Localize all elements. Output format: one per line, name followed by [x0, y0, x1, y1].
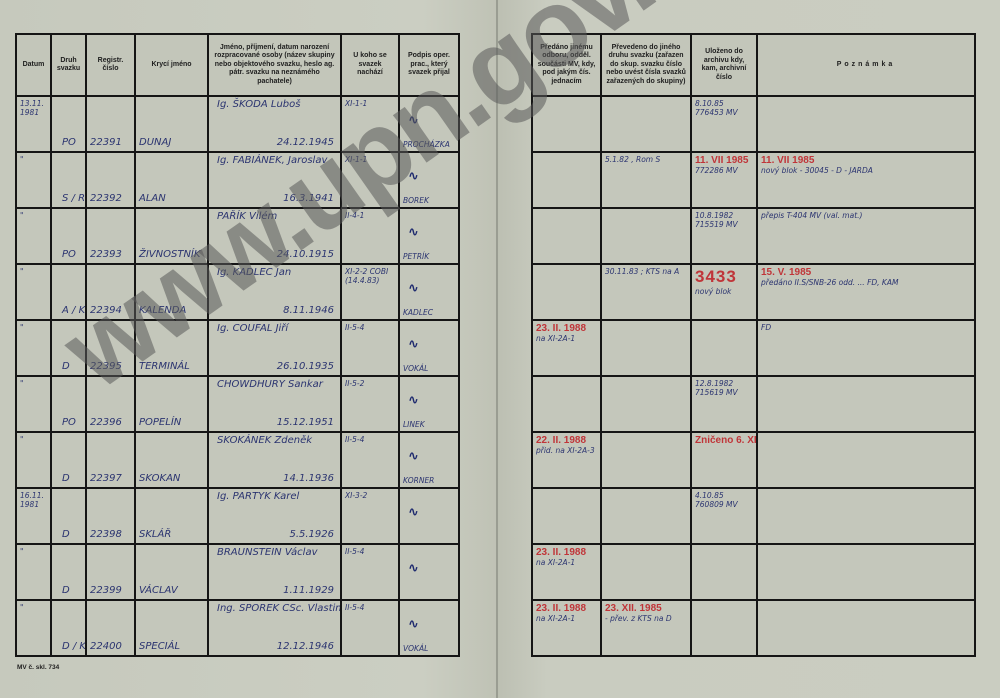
- narozeni-value: 14.1.1936: [283, 473, 334, 485]
- cell-podpis: ∿KADLEC: [399, 264, 459, 320]
- datum-value: ": [20, 211, 48, 220]
- table-row: "PO22396POPELÍNCHOWDHURY Sankar15.12.195…: [16, 376, 459, 432]
- signature-icon: ∿: [408, 395, 418, 407]
- cell-podpis: ∿BOREK: [399, 152, 459, 208]
- table-row: 16.11. 1981D22398SKLÁŘIg. PARTYK Karel5.…: [16, 488, 459, 544]
- narozeni-value: 5.5.1926: [289, 529, 334, 541]
- cell-poznamka: [757, 96, 975, 152]
- druh-value: A / KTS: [62, 305, 86, 317]
- signature-icon: ∿: [408, 507, 418, 519]
- cell-podpis: ∿PETRÍK: [399, 208, 459, 264]
- u-koho-value: II-5-4: [345, 603, 399, 612]
- cell-u-koho: II-5-4: [341, 320, 399, 376]
- cell-ulozeno: 10.8.1982 715519 MV: [691, 208, 757, 264]
- cell-poznamka: [757, 432, 975, 488]
- cell-druh: D: [51, 488, 86, 544]
- predano-text: na XI-2A-1: [536, 334, 597, 343]
- cell-druh: D / KTS: [51, 600, 86, 656]
- cell-u-koho: XI-2-2 COBI (14.4.83): [341, 264, 399, 320]
- reg-value: 22398: [90, 529, 122, 541]
- cell-predano: [532, 488, 601, 544]
- cell-predano: [532, 152, 601, 208]
- druh-value: PO: [62, 137, 76, 149]
- table-row: 23. II. 1988na XI-2A-1FD: [532, 320, 975, 376]
- kryci-value: TERMINÁL: [139, 361, 190, 373]
- narozeni-value: 1.11.1929: [283, 585, 334, 597]
- jmeno-value: CHOWDHURY Sankar: [217, 379, 323, 391]
- cell-druh: D: [51, 320, 86, 376]
- podpis-value: KORNER: [403, 476, 434, 485]
- druh-value: D: [62, 585, 70, 597]
- cell-reg: 22393: [86, 208, 135, 264]
- jmeno-value: Ig. ŠKODA Luboš: [217, 99, 300, 111]
- cell-jmeno: CHOWDHURY Sankar15.12.1951: [208, 376, 341, 432]
- cell-podpis: ∿PROCHÁZKA: [399, 96, 459, 152]
- cell-datum: ": [16, 544, 51, 600]
- cell-druh: PO: [51, 208, 86, 264]
- narozeni-value: 24.12.1945: [277, 137, 334, 149]
- jmeno-value: Ing. SPOREK CSc. Vlastimil: [217, 603, 341, 615]
- cell-reg: 22396: [86, 376, 135, 432]
- cell-ulozeno: [691, 600, 757, 656]
- kryci-value: ŽIVNOSTNÍK: [139, 249, 200, 261]
- cell-reg: 22392: [86, 152, 135, 208]
- cell-poznamka: 15. V. 1985předáno II.S/SNB-26 odd. ... …: [757, 264, 975, 320]
- jmeno-value: Ig. PARTYK Karel: [217, 491, 299, 503]
- cell-kryci: KALENDA: [135, 264, 208, 320]
- poznamka-stamp: 11. VII 1985: [761, 155, 971, 166]
- cell-jmeno: PAŘÍK Vilém24.10.1915: [208, 208, 341, 264]
- table-row: "S / Ro22392ALANIg. FABIÁNEK, Jaroslav16…: [16, 152, 459, 208]
- prevedeno-text: 5.1.82 , Rom S: [605, 155, 687, 164]
- ulozeno-text: 4.10.85 760809 MV: [695, 491, 753, 509]
- ulozeno-stamp: Zničeno 6. XII. 1989: [695, 435, 753, 446]
- u-koho-value: XI-3-2: [345, 491, 399, 500]
- right-ledger-table: Předáno jinému odboru, odděl. součásti M…: [531, 33, 976, 657]
- predano-text: na XI-2A-1: [536, 614, 597, 623]
- cell-poznamka: [757, 600, 975, 656]
- cell-datum: ": [16, 600, 51, 656]
- predano-stamp: 23. II. 1988: [536, 603, 597, 614]
- kryci-value: VÁCLAV: [139, 585, 178, 597]
- header-podpis: Podpis oper. prac., který svazek přijal: [399, 34, 459, 96]
- reg-value: 22391: [90, 137, 122, 149]
- cell-podpis: ∿LINEK: [399, 376, 459, 432]
- jmeno-value: Ig. COUFAL Jiří: [217, 323, 288, 335]
- reg-value: 22392: [90, 193, 122, 205]
- table-row: 22. II. 1988přid. na XI-2A-3Zničeno 6. X…: [532, 432, 975, 488]
- cell-druh: D: [51, 544, 86, 600]
- narozeni-value: 26.10.1935: [277, 361, 334, 373]
- table-row: "D22395TERMINÁLIg. COUFAL Jiří26.10.1935…: [16, 320, 459, 376]
- table-row: 5.1.82 , Rom S11. VII 1985772286 MV11. V…: [532, 152, 975, 208]
- cell-reg: 22400: [86, 600, 135, 656]
- cell-jmeno: Ing. SPOREK CSc. Vlastimil12.12.1946: [208, 600, 341, 656]
- predano-stamp: 23. II. 1988: [536, 547, 597, 558]
- cell-datum: ": [16, 320, 51, 376]
- cell-poznamka: FD: [757, 320, 975, 376]
- cell-ulozeno: Zničeno 6. XII. 1989: [691, 432, 757, 488]
- podpis-value: LINEK: [403, 420, 425, 429]
- cell-predano: [532, 264, 601, 320]
- poznamka-text: FD: [761, 323, 971, 332]
- signature-icon: ∿: [408, 115, 418, 127]
- druh-value: PO: [62, 249, 76, 261]
- cell-jmeno: BRAUNSTEIN Václav1.11.1929: [208, 544, 341, 600]
- header-kryci-jmeno: Krycí jméno: [135, 34, 208, 96]
- jmeno-value: PAŘÍK Vilém: [217, 211, 277, 223]
- narozeni-value: 24.10.1915: [277, 249, 334, 261]
- header-druh-svazku: Druh svazku: [51, 34, 86, 96]
- prevedeno-text: 30.11.83 ; KTS na A: [605, 267, 687, 276]
- cell-podpis: ∿KORNER: [399, 432, 459, 488]
- druh-value: S / Ro: [62, 193, 86, 205]
- narozeni-value: 8.11.1946: [283, 305, 334, 317]
- cell-datum: 13.11. 1981: [16, 96, 51, 152]
- cell-kryci: ALAN: [135, 152, 208, 208]
- cell-kryci: SKLÁŘ: [135, 488, 208, 544]
- cell-poznamka: [757, 376, 975, 432]
- jmeno-value: SKOKÁNEK Zdeněk: [217, 435, 312, 447]
- kryci-value: SKLÁŘ: [139, 529, 171, 541]
- predano-stamp: 22. II. 1988: [536, 435, 597, 446]
- cell-reg: 22391: [86, 96, 135, 152]
- cell-prevedeno: [601, 320, 691, 376]
- cell-ulozeno: 12.8.1982 715619 MV: [691, 376, 757, 432]
- cell-prevedeno: 30.11.83 ; KTS na A: [601, 264, 691, 320]
- datum-value: ": [20, 323, 48, 332]
- cell-kryci: DUNAJ: [135, 96, 208, 152]
- podpis-value: VOKÁL: [403, 364, 428, 373]
- cell-reg: 22398: [86, 488, 135, 544]
- predano-text: přid. na XI-2A-3: [536, 446, 597, 455]
- signature-icon: ∿: [408, 451, 418, 463]
- table-row: 23. II. 1988na XI-2A-1: [532, 544, 975, 600]
- datum-value: 16.11. 1981: [20, 491, 48, 509]
- reg-value: 22396: [90, 417, 122, 429]
- header-predano: Předáno jinému odboru, odděl. součásti M…: [532, 34, 601, 96]
- cell-ulozeno: [691, 320, 757, 376]
- signature-icon: ∿: [408, 563, 418, 575]
- ulozeno-text: 12.8.1982 715619 MV: [695, 379, 753, 397]
- signature-icon: ∿: [408, 283, 418, 295]
- table-row: 10.8.1982 715519 MVpřepis T-404 MV (val.…: [532, 208, 975, 264]
- predano-stamp: 23. II. 1988: [536, 323, 597, 334]
- u-koho-value: II-5-4: [345, 323, 399, 332]
- kryci-value: SPECIÁL: [139, 641, 180, 653]
- cell-ulozeno: [691, 544, 757, 600]
- druh-value: D: [62, 473, 70, 485]
- cell-poznamka: [757, 488, 975, 544]
- header-u-koho: U koho se svazek nachází: [341, 34, 399, 96]
- header-jmeno-prijmeni: Jméno, příjmení, datum narození rozpraco…: [208, 34, 341, 96]
- table-row: 4.10.85 760809 MV: [532, 488, 975, 544]
- cell-druh: D: [51, 432, 86, 488]
- cell-podpis: ∿: [399, 488, 459, 544]
- cell-reg: 22394: [86, 264, 135, 320]
- cell-prevedeno: [601, 376, 691, 432]
- table-row: "D22397SKOKANSKOKÁNEK Zdeněk14.1.1936II-…: [16, 432, 459, 488]
- jmeno-value: Ig. FABIÁNEK, Jaroslav: [217, 155, 327, 167]
- prevedeno-stamp: 23. XII. 1985: [605, 603, 687, 614]
- table-row: 23. II. 1988na XI-2A-123. XII. 1985- pře…: [532, 600, 975, 656]
- poznamka-text: přepis T-404 MV (val. mat.): [761, 211, 971, 220]
- table-row: "D / KTS22400SPECIÁLIng. SPOREK CSc. Vla…: [16, 600, 459, 656]
- druh-value: PO: [62, 417, 76, 429]
- right-header-row: Předáno jinému odboru, odděl. součásti M…: [532, 34, 975, 96]
- cell-reg: 22395: [86, 320, 135, 376]
- cell-prevedeno: [601, 432, 691, 488]
- u-koho-value: II-4-1: [345, 211, 399, 220]
- predano-text: na XI-2A-1: [536, 558, 597, 567]
- cell-datum: ": [16, 152, 51, 208]
- cell-druh: PO: [51, 96, 86, 152]
- prevedeno-text: - přev. z KTS na D: [605, 614, 687, 623]
- table-row: 30.11.83 ; KTS na A3433nový blok15. V. 1…: [532, 264, 975, 320]
- table-row: 8.10.85 776453 MV: [532, 96, 975, 152]
- cell-ulozeno: 8.10.85 776453 MV: [691, 96, 757, 152]
- cell-ulozeno: 11. VII 1985772286 MV: [691, 152, 757, 208]
- cell-u-koho: II-5-4: [341, 432, 399, 488]
- u-koho-value: XI-1-1: [345, 99, 399, 108]
- reg-value: 22400: [90, 641, 122, 653]
- header-registr-cislo: Registr. číslo: [86, 34, 135, 96]
- ulozeno-text: 772286 MV: [695, 166, 753, 175]
- ulozeno-stamp: 11. VII 1985: [695, 155, 753, 166]
- poznamka-text: předáno II.S/SNB-26 odd. ... FD, KAM: [761, 278, 971, 287]
- cell-kryci: VÁCLAV: [135, 544, 208, 600]
- poznamka-stamp: 15. V. 1985: [761, 267, 971, 278]
- cell-jmeno: Ig. PARTYK Karel5.5.1926: [208, 488, 341, 544]
- cell-reg: 22399: [86, 544, 135, 600]
- u-koho-value: XI-2-2 COBI (14.4.83): [345, 267, 399, 285]
- reg-value: 22393: [90, 249, 122, 261]
- cell-u-koho: II-5-2: [341, 376, 399, 432]
- reg-value: 22399: [90, 585, 122, 597]
- reg-value: 22394: [90, 305, 122, 317]
- cell-predano: [532, 96, 601, 152]
- cell-prevedeno: [601, 544, 691, 600]
- datum-value: ": [20, 267, 48, 276]
- narozeni-value: 16.3.1941: [283, 193, 334, 205]
- ulozeno-text: nový blok: [695, 287, 753, 296]
- podpis-value: BOREK: [403, 196, 429, 205]
- reg-value: 22397: [90, 473, 122, 485]
- header-datum: Datum: [16, 34, 51, 96]
- u-koho-value: II-5-4: [345, 547, 399, 556]
- narozeni-value: 12.12.1946: [277, 641, 334, 653]
- datum-value: ": [20, 379, 48, 388]
- ulozeno-text: 8.10.85 776453 MV: [695, 99, 753, 117]
- cell-prevedeno: [601, 488, 691, 544]
- cell-kryci: SPECIÁL: [135, 600, 208, 656]
- header-prevedeno: Převedeno do jiného druhu svazku (zařaze…: [601, 34, 691, 96]
- cell-u-koho: XI-1-1: [341, 152, 399, 208]
- podpis-value: PROCHÁZKA: [403, 140, 450, 149]
- cell-predano: 23. II. 1988na XI-2A-1: [532, 544, 601, 600]
- datum-value: ": [20, 155, 48, 164]
- podpis-value: PETRÍK: [403, 252, 429, 261]
- podpis-value: VOKÁL: [403, 644, 428, 653]
- cell-u-koho: XI-3-2: [341, 488, 399, 544]
- u-koho-value: II-5-4: [345, 435, 399, 444]
- cell-predano: 22. II. 1988přid. na XI-2A-3: [532, 432, 601, 488]
- datum-value: ": [20, 603, 48, 612]
- cell-predano: 23. II. 1988na XI-2A-1: [532, 320, 601, 376]
- cell-druh: A / KTS: [51, 264, 86, 320]
- cell-druh: PO: [51, 376, 86, 432]
- cell-kryci: ŽIVNOSTNÍK: [135, 208, 208, 264]
- kryci-value: KALENDA: [139, 305, 186, 317]
- druh-value: D: [62, 529, 70, 541]
- u-koho-value: II-5-2: [345, 379, 399, 388]
- kryci-value: ALAN: [139, 193, 166, 205]
- cell-datum: ": [16, 264, 51, 320]
- cell-poznamka: [757, 544, 975, 600]
- table-row: "D22399VÁCLAVBRAUNSTEIN Václav1.11.1929I…: [16, 544, 459, 600]
- ulozeno-text: 10.8.1982 715519 MV: [695, 211, 753, 229]
- reg-value: 22395: [90, 361, 122, 373]
- cell-podpis: ∿VOKÁL: [399, 600, 459, 656]
- cell-u-koho: II-5-4: [341, 544, 399, 600]
- kryci-value: POPELÍN: [139, 417, 181, 429]
- table-row: "PO22393ŽIVNOSTNÍKPAŘÍK Vilém24.10.1915I…: [16, 208, 459, 264]
- cell-prevedeno: [601, 208, 691, 264]
- signature-icon: ∿: [408, 171, 418, 183]
- cell-datum: 16.11. 1981: [16, 488, 51, 544]
- cell-kryci: POPELÍN: [135, 376, 208, 432]
- form-code: MV č. skl. 734: [17, 664, 59, 671]
- cell-predano: 23. II. 1988na XI-2A-1: [532, 600, 601, 656]
- ulozeno-stamp: 3433: [695, 267, 753, 287]
- cell-kryci: TERMINÁL: [135, 320, 208, 376]
- cell-jmeno: SKOKÁNEK Zdeněk14.1.1936: [208, 432, 341, 488]
- signature-icon: ∿: [408, 339, 418, 351]
- left-header-row: Datum Druh svazku Registr. číslo Krycí j…: [16, 34, 459, 96]
- signature-icon: ∿: [408, 227, 418, 239]
- datum-value: ": [20, 435, 48, 444]
- cell-poznamka: přepis T-404 MV (val. mat.): [757, 208, 975, 264]
- cell-jmeno: Ig. COUFAL Jiří26.10.1935: [208, 320, 341, 376]
- druh-value: D: [62, 361, 70, 373]
- cell-ulozeno: 4.10.85 760809 MV: [691, 488, 757, 544]
- kryci-value: DUNAJ: [139, 137, 171, 149]
- cell-kryci: SKOKAN: [135, 432, 208, 488]
- podpis-value: KADLEC: [403, 308, 433, 317]
- signature-icon: ∿: [408, 619, 418, 631]
- table-row: 13.11. 1981PO22391DUNAJIg. ŠKODA Luboš24…: [16, 96, 459, 152]
- left-ledger-table: Datum Druh svazku Registr. číslo Krycí j…: [15, 33, 460, 657]
- cell-u-koho: XI-1-1: [341, 96, 399, 152]
- cell-u-koho: II-4-1: [341, 208, 399, 264]
- kryci-value: SKOKAN: [139, 473, 180, 485]
- cell-reg: 22397: [86, 432, 135, 488]
- cell-datum: ": [16, 208, 51, 264]
- datum-value: ": [20, 547, 48, 556]
- book-gutter: [496, 0, 498, 698]
- datum-value: 13.11. 1981: [20, 99, 48, 117]
- cell-jmeno: Ig. ŠKODA Luboš24.12.1945: [208, 96, 341, 152]
- cell-prevedeno: 23. XII. 1985- přev. z KTS na D: [601, 600, 691, 656]
- cell-podpis: ∿: [399, 544, 459, 600]
- cell-ulozeno: 3433nový blok: [691, 264, 757, 320]
- cell-datum: ": [16, 376, 51, 432]
- cell-poznamka: 11. VII 1985nový blok - 30045 - D - JARD…: [757, 152, 975, 208]
- narozeni-value: 15.12.1951: [277, 417, 334, 429]
- header-poznamka: Poznámka: [757, 34, 975, 96]
- cell-prevedeno: [601, 96, 691, 152]
- cell-predano: [532, 376, 601, 432]
- cell-prevedeno: 5.1.82 , Rom S: [601, 152, 691, 208]
- header-ulozeno: Uloženo do archivu kdy, kam, archivní čí…: [691, 34, 757, 96]
- cell-datum: ": [16, 432, 51, 488]
- cell-jmeno: Ig. KADLEC Jan8.11.1946: [208, 264, 341, 320]
- jmeno-value: BRAUNSTEIN Václav: [217, 547, 317, 559]
- jmeno-value: Ig. KADLEC Jan: [217, 267, 291, 279]
- cell-jmeno: Ig. FABIÁNEK, Jaroslav16.3.1941: [208, 152, 341, 208]
- table-row: 12.8.1982 715619 MV: [532, 376, 975, 432]
- cell-podpis: ∿VOKÁL: [399, 320, 459, 376]
- u-koho-value: XI-1-1: [345, 155, 399, 164]
- cell-druh: S / Ro: [51, 152, 86, 208]
- poznamka-text: nový blok - 30045 - D - JARDA: [761, 166, 971, 175]
- cell-predano: [532, 208, 601, 264]
- cell-u-koho: II-5-4: [341, 600, 399, 656]
- table-row: "A / KTS22394KALENDAIg. KADLEC Jan8.11.1…: [16, 264, 459, 320]
- druh-value: D / KTS: [62, 641, 86, 653]
